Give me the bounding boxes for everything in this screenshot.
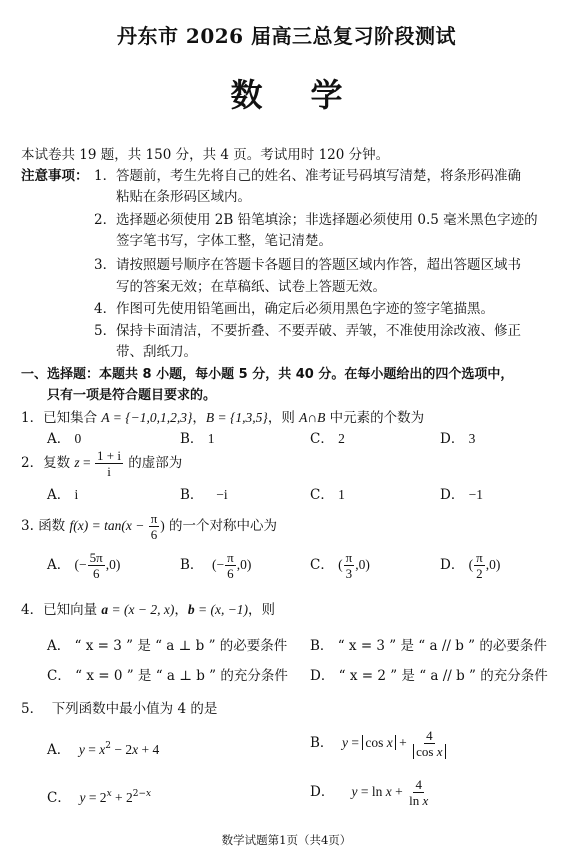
intersection-expr: A∩B (299, 410, 325, 425)
option-b: B． −i (180, 486, 228, 504)
option-label: B． (310, 638, 333, 654)
question-5: 5． 下列函数中最小值为 4 的是 (21, 700, 217, 718)
notice-text: 保持卡面清洁，不要折叠、不要弄破、弄皱，不准使用涂改液、修正 (116, 322, 521, 340)
option-b: B． (−π6,0) (180, 550, 251, 581)
denominator: 6 (91, 566, 102, 581)
option-value: i (75, 487, 79, 502)
notice-label: 注意事项： (21, 167, 89, 185)
denominator: 6 (149, 527, 160, 542)
question-number: 4． (21, 602, 43, 618)
numerator: π (225, 550, 236, 566)
fraction: π2 (474, 550, 485, 581)
option-label: A． (47, 431, 70, 447)
option-a: A． 0 (47, 430, 81, 448)
fraction: π6 (149, 511, 160, 542)
paren: ( (469, 557, 474, 572)
question-text: 的一个对称中心为 (165, 518, 277, 534)
option-value: 2 (338, 431, 345, 446)
subject-title: 数学 (0, 70, 573, 116)
option-label: C． (47, 668, 71, 684)
notice-num: 1． (94, 167, 116, 185)
question-number: 1． (21, 410, 43, 426)
notice-text: 答题前，考生先将自己的姓名、准考证号码填写清楚，将条形码准确 (116, 167, 521, 185)
option-label: C． (47, 790, 71, 806)
numerator: π (344, 550, 355, 566)
question-text: ，则 (248, 602, 275, 618)
option-value: “ x = 2 ” 是 “ a // b ” 的充分条件 (339, 668, 548, 684)
option-label: D． (440, 557, 464, 573)
section-heading: 一、选择题：本题共 8 小题，每小题 5 分，共 40 分。在每小题给出的四个选… (21, 366, 513, 384)
option-value: −i (216, 487, 227, 502)
notice-num: 2． (94, 211, 116, 229)
option-label: D． (440, 431, 464, 447)
option-value: “ x = 3 ” 是 “ a ⊥ b ” 的必要条件 (75, 638, 288, 654)
option-label: B． (180, 431, 203, 447)
notice-text: 选择题必须使用 2B 铅笔填涂；非选择题必须使用 0.5 毫米黑色字迹的 (116, 211, 538, 229)
denominator: 6 (225, 566, 236, 581)
option-value: 0 (75, 431, 82, 446)
question-number: 3. (21, 518, 34, 534)
option-d: D． 3 (440, 430, 475, 448)
fraction: 4ln x (407, 777, 430, 808)
option-a: A． y = x2 − 2x + 4 (47, 737, 159, 759)
question-number: 5． (21, 701, 43, 717)
option-label: C． (310, 487, 334, 503)
option-d: D． −1 (440, 486, 483, 504)
question-text: 已知向量 (43, 602, 101, 618)
subject-char: 学 (311, 70, 343, 116)
fraction: 5π6 (88, 550, 105, 581)
option-label: A． (47, 557, 70, 573)
question-text: 中元素的个数为 (325, 410, 424, 426)
option-d: D． (π2,0) (440, 550, 500, 581)
notice-text: 签字笔书写，字体工整，笔记清楚。 (116, 232, 332, 250)
notice-text: 写的答案无效；在草稿纸、试卷上答题无效。 (116, 278, 386, 296)
fraction: π6 (225, 550, 236, 581)
notice-num: 4． (94, 300, 116, 318)
exam-title: 丹东市 2026 届高三总复习阶段测试 (0, 20, 573, 49)
paren: ,0) (486, 557, 501, 572)
option-label: A． (47, 742, 70, 758)
equals: = (80, 455, 94, 470)
option-label: D． (310, 668, 334, 684)
set-b: B = {1,3,5} (206, 410, 268, 425)
option-label: C． (310, 431, 334, 447)
paren: ( (338, 557, 343, 572)
option-b: B． y = cos x + 4cos x (310, 728, 449, 759)
notice-num: 5． (94, 322, 116, 340)
denominator: 3 (344, 566, 355, 581)
vector-a-def: = (x − 2, x) (108, 602, 174, 617)
subject-char: 数 (230, 70, 262, 116)
option-d: D． “ x = 2 ” 是 “ a // b ” 的充分条件 (310, 667, 548, 685)
option-label: B． (310, 735, 333, 751)
section-heading: 只有一项是符合题目要求的。 (47, 387, 216, 405)
option-label: D． (440, 487, 464, 503)
option-label: B． (180, 557, 203, 573)
notice-text: 粘贴在条形码区域内。 (116, 188, 251, 206)
option-a: A． i (47, 486, 78, 504)
question-text: 复数 (43, 455, 74, 471)
option-label: B． (180, 487, 203, 503)
option-value: 1 (208, 431, 215, 446)
option-label: C． (310, 557, 334, 573)
option-value: 1 (338, 487, 345, 502)
punct: ， (174, 602, 188, 618)
numerator: 1 + i (95, 448, 123, 464)
option-c: C． “ x = 0 ” 是 “ a ⊥ b ” 的充分条件 (47, 667, 288, 685)
question-text: 下列函数中最小值为 4 的是 (52, 701, 218, 717)
exam-intro: 本试卷共 19 题，共 150 分，共 4 页。考试用时 120 分钟。 (21, 146, 389, 164)
option-b: B． “ x = 3 ” 是 “ a // b ” 的必要条件 (310, 637, 547, 655)
option-c: C． y = 2x + 22−x (47, 785, 151, 807)
notice-num: 3． (94, 256, 116, 274)
set-a: A = {−1,0,1,2,3} (101, 410, 192, 425)
option-d: D． y = ln x + 4ln x (310, 777, 431, 808)
option-a: A． (−5π6,0) (47, 550, 120, 581)
fraction: π3 (344, 550, 355, 581)
notice-text: 作图可先使用铅笔画出，确定后必须用黑色字迹的签字笔描黑。 (116, 300, 494, 318)
paren: ,0) (355, 557, 370, 572)
question-text: 函数 (38, 518, 69, 534)
punct: ， (192, 410, 206, 426)
question-2: 2．复数 z = 1 + ii 的虚部为 (21, 448, 182, 479)
option-c: C． (π3,0) (310, 550, 370, 581)
function-expr: f(x) = tan(x − (69, 518, 147, 533)
option-c: C． 2 (310, 430, 345, 448)
option-label: A． (47, 638, 70, 654)
numerator: π (149, 511, 160, 527)
denominator: i (105, 464, 113, 479)
question-3: 3. 函数 f(x) = tan(x − π6) 的一个对称中心为 (21, 511, 277, 542)
fraction: 1 + ii (95, 448, 123, 479)
question-4: 4．已知向量 a = (x − 2, x)，b = (x, −1)，则 (21, 601, 275, 619)
option-label: D． (310, 784, 334, 800)
fraction: 4cos x (411, 728, 447, 759)
vector-b: b (188, 602, 195, 617)
option-b: B． 1 (180, 430, 214, 448)
exam-page: 丹东市 2026 届高三总复习阶段测试 数学 本试卷共 19 题，共 150 分… (0, 0, 573, 863)
denominator: 2 (474, 566, 485, 581)
option-value: “ x = 3 ” 是 “ a // b ” 的必要条件 (338, 638, 547, 654)
numerator: π (474, 550, 485, 566)
paren: ,0) (106, 557, 121, 572)
option-value: 3 (469, 431, 476, 446)
paren: (− (212, 557, 224, 572)
vector-b-def: = (x, −1) (195, 602, 248, 617)
option-value: −1 (469, 487, 483, 502)
question-number: 2． (21, 455, 43, 471)
notice-text: 带、刮纸刀。 (116, 343, 197, 361)
question-text: 已知集合 (43, 410, 101, 426)
option-value: “ x = 0 ” 是 “ a ⊥ b ” 的充分条件 (75, 668, 288, 684)
question-1: 1．已知集合 A = {−1,0,1,2,3}，B = {1,3,5}，则 A∩… (21, 409, 424, 427)
paren: ,0) (237, 557, 252, 572)
question-text: 的虚部为 (124, 455, 182, 471)
notice-text: 请按照题号顺序在答题卡各题目的答题区域内作答，超出答题区域书 (116, 256, 521, 274)
option-c: C． 1 (310, 486, 345, 504)
numerator: 5π (88, 550, 105, 566)
page-footer: 数学试题第1页（共4页） (0, 832, 573, 848)
paren: (− (75, 557, 87, 572)
option-label: A． (47, 487, 70, 503)
option-a: A． “ x = 3 ” 是 “ a ⊥ b ” 的必要条件 (47, 637, 287, 655)
question-text: ，则 (268, 410, 299, 426)
